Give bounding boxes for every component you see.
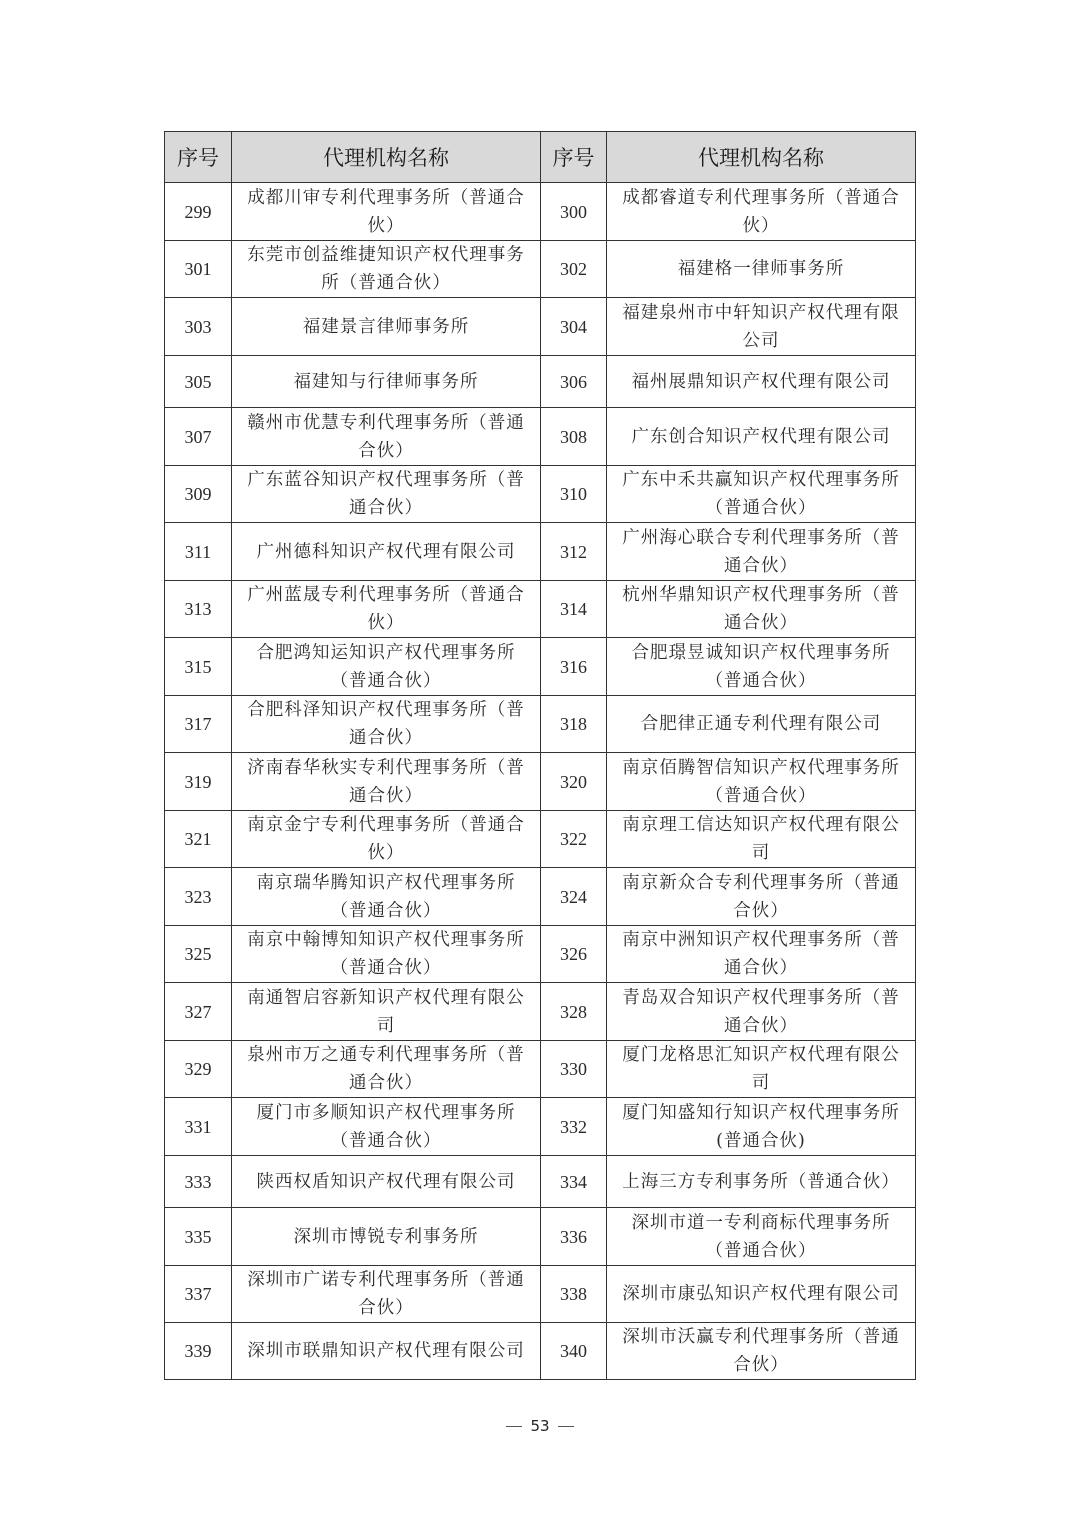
serial-number-cell: 313: [165, 581, 232, 638]
serial-number-cell: 299: [165, 183, 232, 241]
serial-number-cell: 304: [541, 298, 607, 356]
serial-number-cell: 339: [165, 1323, 232, 1380]
serial-number-cell: 336: [541, 1208, 607, 1266]
table-row: 323南京瑞华腾知识产权代理事务所（普通合伙）324南京新众合专利代理事务所（普…: [165, 868, 916, 926]
serial-number-cell: 321: [165, 811, 232, 868]
agency-name-cell: 合肥鸿知运知识产权代理事务所（普通合伙）: [232, 638, 541, 696]
serial-number-cell: 338: [541, 1266, 607, 1323]
table-row: 311广州德科知识产权代理有限公司312广州海心联合专利代理事务所（普通合伙）: [165, 523, 916, 581]
table-row: 321南京金宁专利代理事务所（普通合伙）322南京理工信达知识产权代理有限公司: [165, 811, 916, 868]
serial-number-cell: 322: [541, 811, 607, 868]
agency-name-cell: 东莞市创益维捷知识产权代理事务所（普通合伙）: [232, 241, 541, 298]
table-row: 299成都川审专利代理事务所（普通合伙）300成都睿道专利代理事务所（普通合伙）: [165, 183, 916, 241]
serial-number-cell: 320: [541, 753, 607, 811]
agency-name-cell: 赣州市优慧专利代理事务所（普通合伙）: [232, 408, 541, 466]
table-row: 319济南春华秋实专利代理事务所（普通合伙）320南京佰腾智信知识产权代理事务所…: [165, 753, 916, 811]
agency-name-cell: 泉州市万之通专利代理事务所（普通合伙）: [232, 1041, 541, 1098]
header-serial-number-right: 序号: [541, 132, 607, 183]
agency-name-cell: 厦门市多顺知识产权代理事务所（普通合伙）: [232, 1098, 541, 1156]
table-row: 313广州蓝晟专利代理事务所（普通合伙）314杭州华鼎知识产权代理事务所（普通合…: [165, 581, 916, 638]
table-row: 337深圳市广诺专利代理事务所（普通合伙）338深圳市康弘知识产权代理有限公司: [165, 1266, 916, 1323]
agency-name-cell: 广州德科知识产权代理有限公司: [232, 523, 541, 581]
serial-number-cell: 306: [541, 356, 607, 408]
table-row: 317合肥科泽知识产权代理事务所（普通合伙）318合肥律正通专利代理有限公司: [165, 696, 916, 753]
table-row: 339深圳市联鼎知识产权代理有限公司340深圳市沃赢专利代理事务所（普通合伙）: [165, 1323, 916, 1380]
serial-number-cell: 315: [165, 638, 232, 696]
agency-name-cell: 青岛双合知识产权代理事务所（普通合伙）: [607, 983, 916, 1041]
table-row: 331厦门市多顺知识产权代理事务所（普通合伙）332厦门知盛知行知识产权代理事务…: [165, 1098, 916, 1156]
agency-name-cell: 南京新众合专利代理事务所（普通合伙）: [607, 868, 916, 926]
agency-name-cell: 福建泉州市中轩知识产权代理有限公司: [607, 298, 916, 356]
agency-name-cell: 南京理工信达知识产权代理有限公司: [607, 811, 916, 868]
agency-name-cell: 成都川审专利代理事务所（普通合伙）: [232, 183, 541, 241]
agency-name-cell: 深圳市道一专利商标代理事务所（普通合伙）: [607, 1208, 916, 1266]
agency-name-cell: 广州海心联合专利代理事务所（普通合伙）: [607, 523, 916, 581]
serial-number-cell: 302: [541, 241, 607, 298]
page-number: 53: [530, 1417, 549, 1435]
serial-number-cell: 325: [165, 926, 232, 983]
table-row: 329泉州市万之通专利代理事务所（普通合伙）330厦门龙格思汇知识产权代理有限公…: [165, 1041, 916, 1098]
serial-number-cell: 301: [165, 241, 232, 298]
serial-number-cell: 334: [541, 1156, 607, 1208]
agency-name-cell: 杭州华鼎知识产权代理事务所（普通合伙）: [607, 581, 916, 638]
serial-number-cell: 312: [541, 523, 607, 581]
table-row: 303福建景言律师事务所304福建泉州市中轩知识产权代理有限公司: [165, 298, 916, 356]
agency-name-cell: 南京中洲知识产权代理事务所（普通合伙）: [607, 926, 916, 983]
table-row: 325南京中翰博知知识产权代理事务所（普通合伙）326南京中洲知识产权代理事务所…: [165, 926, 916, 983]
agency-name-cell: 南通智启容新知识产权代理有限公司: [232, 983, 541, 1041]
agency-name-cell: 福州展鼎知识产权代理有限公司: [607, 356, 916, 408]
agency-name-cell: 深圳市联鼎知识产权代理有限公司: [232, 1323, 541, 1380]
serial-number-cell: 318: [541, 696, 607, 753]
serial-number-cell: 317: [165, 696, 232, 753]
agency-name-cell: 合肥璟昱诚知识产权代理事务所（普通合伙）: [607, 638, 916, 696]
serial-number-cell: 329: [165, 1041, 232, 1098]
agency-name-cell: 成都睿道专利代理事务所（普通合伙）: [607, 183, 916, 241]
agency-name-cell: 福建景言律师事务所: [232, 298, 541, 356]
agency-name-cell: 广东中禾共赢知识产权代理事务所（普通合伙）: [607, 466, 916, 523]
serial-number-cell: 314: [541, 581, 607, 638]
serial-number-cell: 305: [165, 356, 232, 408]
serial-number-cell: 316: [541, 638, 607, 696]
table-row: 301东莞市创益维捷知识产权代理事务所（普通合伙）302福建格一律师事务所: [165, 241, 916, 298]
serial-number-cell: 332: [541, 1098, 607, 1156]
table-row: 327南通智启容新知识产权代理有限公司328青岛双合知识产权代理事务所（普通合伙…: [165, 983, 916, 1041]
agency-name-cell: 陕西权盾知识产权代理有限公司: [232, 1156, 541, 1208]
table-row: 307赣州市优慧专利代理事务所（普通合伙）308广东创合知识产权代理有限公司: [165, 408, 916, 466]
agency-name-cell: 深圳市康弘知识产权代理有限公司: [607, 1266, 916, 1323]
agency-name-cell: 南京中翰博知知识产权代理事务所（普通合伙）: [232, 926, 541, 983]
header-serial-number-left: 序号: [165, 132, 232, 183]
serial-number-cell: 323: [165, 868, 232, 926]
serial-number-cell: 309: [165, 466, 232, 523]
table-row: 335深圳市博锐专利事务所336深圳市道一专利商标代理事务所（普通合伙）: [165, 1208, 916, 1266]
serial-number-cell: 319: [165, 753, 232, 811]
agency-name-cell: 南京佰腾智信知识产权代理事务所（普通合伙）: [607, 753, 916, 811]
agency-name-cell: 厦门龙格思汇知识产权代理有限公司: [607, 1041, 916, 1098]
serial-number-cell: 327: [165, 983, 232, 1041]
serial-number-cell: 311: [165, 523, 232, 581]
dash-left: [506, 1426, 522, 1428]
table-row: 309广东蓝谷知识产权代理事务所（普通合伙）310广东中禾共赢知识产权代理事务所…: [165, 466, 916, 523]
table-row: 305福建知与行律师事务所306福州展鼎知识产权代理有限公司: [165, 356, 916, 408]
agency-name-cell: 深圳市广诺专利代理事务所（普通合伙）: [232, 1266, 541, 1323]
serial-number-cell: 326: [541, 926, 607, 983]
agency-name-cell: 合肥律正通专利代理有限公司: [607, 696, 916, 753]
agency-name-cell: 上海三方专利事务所（普通合伙）: [607, 1156, 916, 1208]
page-footer: 53: [0, 1417, 1080, 1435]
serial-number-cell: 333: [165, 1156, 232, 1208]
serial-number-cell: 328: [541, 983, 607, 1041]
dash-right: [558, 1426, 574, 1428]
table-row: 315合肥鸿知运知识产权代理事务所（普通合伙）316合肥璟昱诚知识产权代理事务所…: [165, 638, 916, 696]
agency-name-cell: 厦门知盛知行知识产权代理事务所(普通合伙): [607, 1098, 916, 1156]
serial-number-cell: 310: [541, 466, 607, 523]
serial-number-cell: 340: [541, 1323, 607, 1380]
serial-number-cell: 337: [165, 1266, 232, 1323]
agency-name-cell: 南京金宁专利代理事务所（普通合伙）: [232, 811, 541, 868]
agency-name-cell: 深圳市沃赢专利代理事务所（普通合伙）: [607, 1323, 916, 1380]
header-agency-name-left: 代理机构名称: [232, 132, 541, 183]
serial-number-cell: 330: [541, 1041, 607, 1098]
serial-number-cell: 335: [165, 1208, 232, 1266]
serial-number-cell: 307: [165, 408, 232, 466]
serial-number-cell: 331: [165, 1098, 232, 1156]
table-header-row: 序号 代理机构名称 序号 代理机构名称: [165, 132, 916, 183]
agency-name-cell: 广东创合知识产权代理有限公司: [607, 408, 916, 466]
serial-number-cell: 324: [541, 868, 607, 926]
agency-list-table: 序号 代理机构名称 序号 代理机构名称 299成都川审专利代理事务所（普通合伙）…: [164, 131, 916, 1380]
agency-name-cell: 深圳市博锐专利事务所: [232, 1208, 541, 1266]
agency-name-cell: 合肥科泽知识产权代理事务所（普通合伙）: [232, 696, 541, 753]
serial-number-cell: 303: [165, 298, 232, 356]
agency-name-cell: 南京瑞华腾知识产权代理事务所（普通合伙）: [232, 868, 541, 926]
table-body: 299成都川审专利代理事务所（普通合伙）300成都睿道专利代理事务所（普通合伙）…: [165, 183, 916, 1380]
agency-name-cell: 广东蓝谷知识产权代理事务所（普通合伙）: [232, 466, 541, 523]
agency-name-cell: 广州蓝晟专利代理事务所（普通合伙）: [232, 581, 541, 638]
agency-name-cell: 福建知与行律师事务所: [232, 356, 541, 408]
table-row: 333陕西权盾知识产权代理有限公司334上海三方专利事务所（普通合伙）: [165, 1156, 916, 1208]
serial-number-cell: 308: [541, 408, 607, 466]
header-agency-name-right: 代理机构名称: [607, 132, 916, 183]
agency-name-cell: 福建格一律师事务所: [607, 241, 916, 298]
agency-name-cell: 济南春华秋实专利代理事务所（普通合伙）: [232, 753, 541, 811]
serial-number-cell: 300: [541, 183, 607, 241]
